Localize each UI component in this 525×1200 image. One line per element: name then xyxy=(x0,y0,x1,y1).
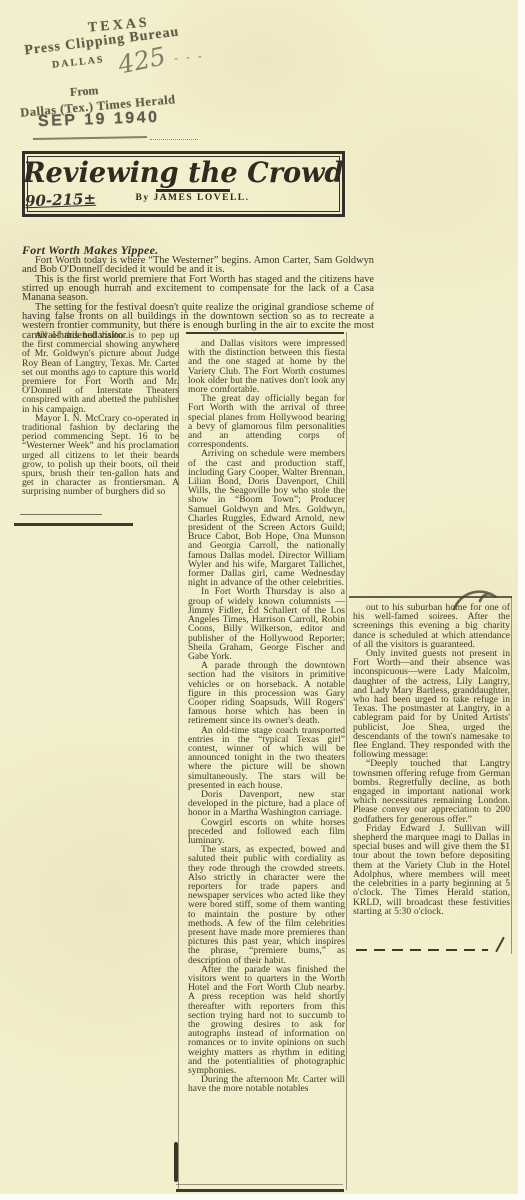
right-column: out to his suburban home for one of his … xyxy=(353,603,510,949)
handwritten-note: 90-215± xyxy=(25,190,97,210)
scan-edge-right xyxy=(518,0,525,1200)
article-paragraph: This is the first world premiere that Fo… xyxy=(22,275,374,303)
scan-edge-bottom xyxy=(0,1194,525,1200)
byline-rule xyxy=(156,189,230,192)
left-column-end-rule xyxy=(20,514,102,515)
column-divider-left xyxy=(178,332,179,1190)
date-stamp-dotted-line xyxy=(150,139,198,140)
handwritten-dashes: - - - xyxy=(173,49,204,66)
middle-column-bottom-rule-thin xyxy=(176,1184,343,1185)
article-paragraph: The great day officially began for Fort … xyxy=(188,394,345,449)
article-paragraph: Fort Worth today is where “The Westerner… xyxy=(22,256,374,275)
column-divider-right xyxy=(346,332,347,1190)
date-stamp: SEP 19 1940 xyxy=(38,109,160,131)
article-paragraph: In Fort Worth Thursday is also a group o… xyxy=(188,587,345,661)
stamp-from-label: From xyxy=(70,83,99,100)
left-column: All of this hullabaloo is to pep up the … xyxy=(22,331,179,513)
byline: By JAMES LOVELL. xyxy=(135,193,249,203)
article-paragraph: Arriving on schedule were members of the… xyxy=(188,449,345,587)
article-paragraph: Only invited guests not present in Fort … xyxy=(353,649,510,759)
article-paragraph: “Deeply touched that Langtry townsmen of… xyxy=(353,759,510,823)
right-column-edge-rule xyxy=(511,596,512,954)
article-paragraph: During the afternoon Mr. Carter will hav… xyxy=(188,1075,345,1093)
article-paragraph: The stars, as expected, bowed and salute… xyxy=(188,845,345,965)
article-paragraph: A parade through the downtown section ha… xyxy=(188,661,345,725)
article-paragraph: Doris Davenport, new star developed in t… xyxy=(188,790,345,818)
handwritten-check-mark xyxy=(450,585,502,620)
stamp-city: DALLAS xyxy=(52,54,105,70)
article-paragraph: Cowgirl escorts on white horses preceded… xyxy=(188,818,345,846)
intro-paragraphs: Fort Worth today is where “The Westerner… xyxy=(22,256,374,340)
left-column-end-rule-2 xyxy=(14,523,133,526)
article-paragraph: All of this hullabaloo is to pep up the … xyxy=(22,331,179,414)
article-paragraph: An old-time stage coach transported entr… xyxy=(188,726,345,790)
article-paragraph: After the parade was finished the visito… xyxy=(188,965,345,1075)
right-column-end-dashed-rule xyxy=(356,949,488,951)
article-paragraph: and Dallas visitors were impressed with … xyxy=(188,339,345,394)
middle-column-bottom-rule xyxy=(176,1189,344,1192)
article-paragraph: Friday Edward J. Sullivan will shepherd … xyxy=(353,824,510,916)
article-paragraph: Mayor I. N. McCrary co-operated in tradi… xyxy=(22,414,179,497)
ink-blot xyxy=(174,1142,178,1182)
column-title: Reviewing the Crowd xyxy=(23,158,344,188)
date-stamp-underline xyxy=(33,136,147,140)
middle-column: and Dallas visitors were impressed with … xyxy=(188,339,345,1183)
newspaper-clipping-page: TEXAS Press Clipping Bureau DALLAS 425 -… xyxy=(0,0,525,1200)
column-top-rule xyxy=(186,332,344,334)
